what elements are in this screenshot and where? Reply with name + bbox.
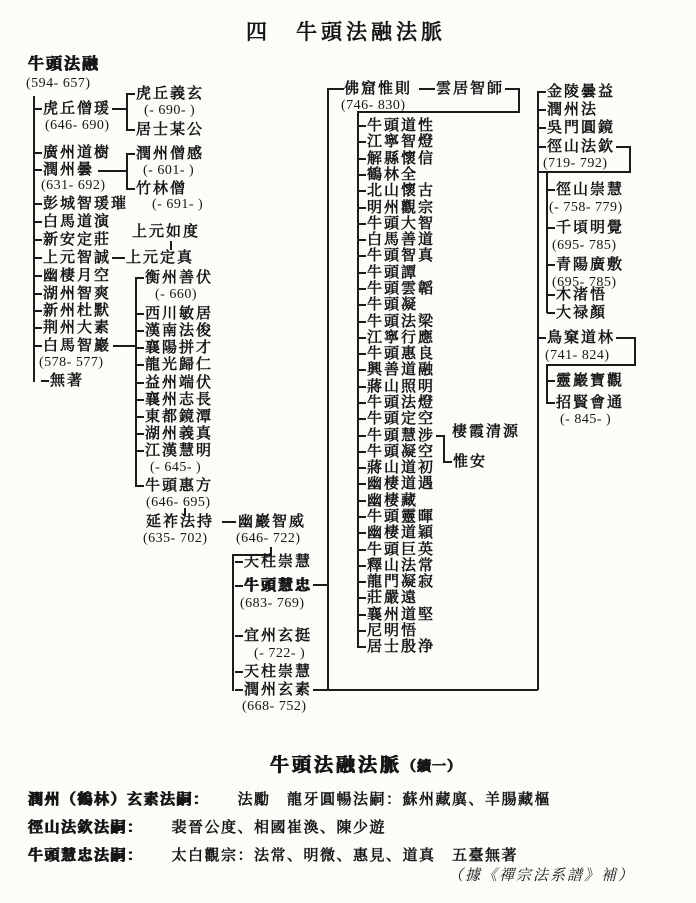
tree-node: 襄陽拼才 [145, 340, 213, 355]
footer-label: 徑山法欽法嗣： [28, 819, 144, 836]
tree-node: 上元如度 [132, 224, 200, 239]
tree-node: 龍門凝寂 [367, 574, 435, 589]
node-dates: (- 645- ) [150, 461, 201, 475]
connector-line [313, 689, 538, 691]
tree-node: 牛頭智真 [367, 248, 435, 263]
tree-node: 釋山法常 [367, 558, 435, 573]
node-niutou-farong: 牛頭法融 [28, 57, 100, 73]
node-dates: (646- 695) [146, 496, 211, 510]
tree-node: 牛頭靈暉 [367, 509, 435, 524]
tree-node: 千頃明覺 [556, 220, 624, 235]
tree-node: 牛頭譚 [367, 265, 418, 280]
connector-line [98, 170, 126, 172]
tree-node: 西川敏居 [145, 306, 213, 321]
section-title-suffix: （續一） [402, 758, 462, 774]
footer-line: 徑山法欽法嗣：裴晉公度、相國崔渙、陳少遊 [28, 816, 386, 837]
tree-node: 北山懷古 [367, 183, 435, 198]
node-dates: (719- 792) [543, 157, 608, 171]
tree-node: 竹林僧 [136, 181, 187, 196]
connector-line [419, 88, 435, 90]
tree-node: 新州杜默 [43, 303, 111, 318]
tree-node: 白馬善道 [367, 232, 435, 247]
tree-node: 潤州曇 [43, 162, 94, 177]
tree-node: 徑山崇慧 [556, 182, 624, 197]
tree-node: 居士某公 [136, 122, 204, 137]
connector-line [313, 584, 327, 586]
tree-node: 幽棲藏 [367, 493, 418, 508]
tree-node: 牛頭巨英 [367, 542, 435, 557]
tree-node: 牛頭惠良 [367, 346, 435, 361]
connector-line [443, 435, 445, 463]
tree-node: 白馬智巖 [43, 338, 111, 353]
node-dates: (578- 577) [39, 356, 104, 370]
connector-line [537, 171, 631, 173]
tree-node: 惟安 [453, 454, 487, 469]
tree-node: 靈巖寶觀 [556, 373, 624, 388]
connector-line [546, 364, 636, 366]
node-dates: (- 722- ) [254, 647, 305, 661]
tree-node: 牛頭大智 [367, 216, 435, 231]
tree-node: 幽棲月空 [43, 268, 111, 283]
node-dates: (631- 692) [41, 179, 106, 193]
tree-node: 居士殷浄 [367, 639, 435, 654]
tree-node: 彭城智瑗璀 [43, 196, 128, 211]
tree-node: 木渚悟 [556, 287, 607, 302]
node-dates: (635- 702) [143, 532, 208, 546]
connector-line [616, 146, 629, 148]
tree-node: 衡州善伏 [145, 270, 213, 285]
connector-line [327, 88, 344, 90]
tree-node: 天柱崇慧 [244, 664, 312, 679]
connector-line [546, 364, 548, 404]
tree-node: 青陽廣敷 [556, 257, 624, 272]
footer-text: 裴晉公度、相國崔渙、陳少遊 [172, 819, 387, 836]
footer-line: 潤州（鶴林）玄素法嗣：法勵 龍牙圓暢法嗣：蘇州藏廙、羊腸藏樞 [28, 788, 551, 809]
tree-node: 大禄顏 [556, 305, 607, 320]
tree-node: 漢南法俊 [145, 323, 213, 338]
node-dates: (646- 690) [45, 119, 110, 133]
tree-node: 新安定莊 [43, 232, 111, 247]
tree-node: 明州觀宗 [367, 200, 435, 215]
connector-line [222, 521, 236, 523]
tree-node: 牛頭凝 [367, 297, 418, 312]
node-dates: (646- 722) [236, 532, 301, 546]
node-niutou-huizhong: 牛頭慧忠 [244, 578, 312, 593]
tree-node: 牛頭雲韜 [367, 281, 435, 296]
node-dates: (- 660) [155, 288, 197, 302]
tree-node: 荆州大素 [43, 320, 111, 335]
tree-node: 幽棲道穎 [367, 525, 435, 540]
footer-line: 牛頭慧忠法嗣：太白觀宗：法常、明微、惠見、道真 五臺無著 [28, 844, 518, 865]
node-runzhou-xuansu: 潤州玄素 [244, 682, 312, 697]
node-dates: (741- 824) [545, 349, 610, 363]
tree-node: 江寧行應 [367, 330, 435, 345]
tree-node: 牛頭慧涉 [367, 428, 435, 443]
tree-node: 尼明悟 [367, 623, 418, 638]
node-dates: (- 690- ) [144, 104, 195, 118]
tree-node: 湖州義真 [145, 426, 213, 441]
tree-node: 襄州道堅 [367, 607, 435, 622]
connector-line [126, 93, 128, 131]
tree-node: 虎丘義玄 [136, 86, 204, 101]
connector-line [327, 89, 329, 690]
tree-node: 襄州志長 [145, 392, 213, 407]
node-jingshan-faqin: 徑山法欽 [547, 139, 615, 154]
tree-node: 蔣山道初 [367, 460, 435, 475]
node-dates: (- 601- ) [143, 164, 194, 178]
tree-node: 潤州僧感 [136, 146, 204, 161]
section-title: 牛頭法融法脈（續一） [36, 750, 696, 777]
connector-line [113, 345, 135, 347]
tree-node: 牛頭法梁 [367, 314, 435, 329]
footer-text: 法勵 龍牙圓暢法嗣：蘇州藏廙、羊腸藏樞 [238, 791, 552, 808]
node-yunju-zhishi: 雲居智師 [436, 81, 504, 96]
connector-line [112, 257, 125, 259]
tree-node: 吳門圓鏡 [547, 120, 615, 135]
tree-node: 宜州玄挺 [244, 628, 312, 643]
footer-text: 太白觀宗：法常、明微、惠見、道真 五臺無著 [172, 847, 519, 864]
tree-node: 牛頭惠方 [145, 478, 213, 493]
connector-line [357, 111, 520, 113]
node-dates: (- 758- 779) [549, 201, 623, 215]
tree-node: 湖州智爽 [43, 286, 111, 301]
tree-node: 莊嚴遠 [367, 590, 418, 605]
node-dates: (- 691- ) [152, 198, 203, 212]
tree-node: 延祚法持 [146, 514, 214, 529]
connector-line [546, 171, 548, 313]
tree-node: 虎丘僧瑗 [43, 101, 111, 116]
source-note: （據《禪宗法系譜》補） [448, 864, 635, 885]
connector-line [634, 337, 636, 366]
node-dates: (695- 785) [552, 239, 617, 253]
node-dates: (594- 657) [26, 77, 91, 91]
footer-label: 牛頭慧忠法嗣： [28, 847, 144, 864]
node-dates: (- 845- ) [560, 413, 611, 427]
tree-node: 招賢會通 [556, 395, 624, 410]
tree-node: 江漢慧明 [145, 443, 213, 458]
tree-node: 天柱崇慧 [244, 554, 312, 569]
tree-node: 東都鏡潭 [145, 409, 213, 424]
node-dates: (668- 752) [242, 700, 307, 714]
tree-node: 無著 [50, 373, 84, 388]
section-title-main: 牛頭法融法脈 [270, 755, 402, 776]
tree-node: 蔣山照明 [367, 379, 435, 394]
tree-node: 鶴林全 [367, 167, 418, 182]
connector-line [518, 88, 520, 113]
tree-node: 牛頭法燈 [367, 395, 435, 410]
tree-node: 益州端伏 [145, 375, 213, 390]
tree-node: 牛頭凝空 [367, 444, 435, 459]
tree-node: 潤州法 [547, 102, 598, 117]
node-dates: (683- 769) [240, 597, 305, 611]
connector-line [126, 153, 128, 190]
tree-node: 上元定真 [126, 250, 194, 265]
tree-node: 上元智誠 [43, 250, 111, 265]
tree-node: 牛頭定空 [367, 411, 435, 426]
tree-node: 棲霞清源 [452, 424, 520, 439]
lineage-chart-page: 四 牛頭法融法脈 牛頭法融 (594- 657) 虎丘僧瑗 (646- 690)… [0, 0, 696, 903]
tree-node: 幽棲道遇 [367, 476, 435, 491]
connector-line [112, 108, 126, 110]
tree-node: 牛頭道性 [367, 118, 435, 133]
node-niaoke-daolin: 鳥窠道林 [547, 330, 615, 345]
tree-node: 興善道融 [367, 362, 435, 377]
tree-node: 白馬道演 [43, 214, 111, 229]
tree-node: 廣州道樹 [43, 145, 111, 160]
connector-line [629, 146, 631, 173]
connector-line [505, 88, 518, 90]
tree-node: 幽巖智威 [238, 514, 306, 529]
tree-node: 龍光歸仁 [145, 357, 213, 372]
node-foku-weize: 佛窟惟則 [344, 81, 412, 96]
tree-node: 金陵曇益 [547, 84, 615, 99]
tree-node: 江寧智燈 [367, 134, 435, 149]
connector-line [537, 91, 539, 690]
connector-line [232, 554, 234, 691]
footer-label: 潤州（鶴林）玄素法嗣： [28, 791, 210, 808]
page-title: 四 牛頭法融法脈 [36, 16, 656, 46]
tree-node: 解縣懷信 [367, 151, 435, 166]
connector-line [616, 337, 634, 339]
